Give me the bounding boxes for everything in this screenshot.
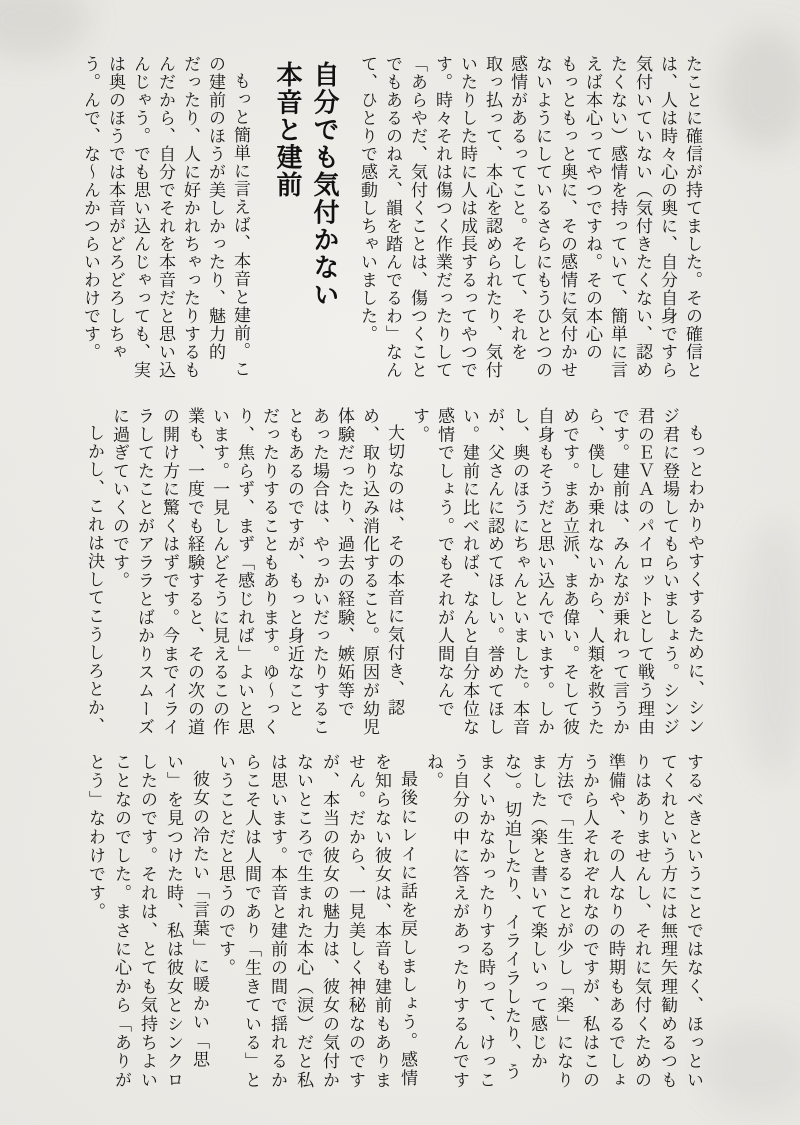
paragraph-intro: たことに確信が持てました。その確信とは、人は時々心の奥に、自分自身ですら気付いて… xyxy=(354,55,704,379)
text-block-middle: もっとわかりやすくするために、シンジ君に登場してもらいましょう。シンジ君のＥＶＡ… xyxy=(81,407,706,738)
article-heading: 自分でも気付かない本音と建前 xyxy=(268,61,342,379)
paragraph-surubeki: するべきということではなく、ほっといてくれという方には無理矢理勧めるつもりはあり… xyxy=(420,753,706,1092)
scan-artifact xyxy=(700,1020,800,1110)
heading-line-1: 自分でも気付かない xyxy=(309,61,339,309)
scanned-page: たことに確信が持てました。その確信とは、人は時々心の奥に、自分自身ですら気付いて… xyxy=(0,0,800,1125)
paragraph-shikashi: しかし、これは決してこうしろとか、 xyxy=(81,407,106,738)
paragraph-taisetsu: 大切なのは、その本音に気付き、認め、取り込み消化すること。原因が幼児体験だったり… xyxy=(106,407,406,738)
paragraph-arigatou: 彼女の冷たい「言葉」に暖かい「思い」を見つけた時、私は彼女とシンクロしたのです。… xyxy=(82,753,212,1092)
scan-artifact xyxy=(720,30,800,150)
paragraph-shinji-example: もっとわかりやすくするために、シンジ君に登場してもらいましょう。シンジ君のＥＶＡ… xyxy=(406,407,706,738)
heading-line-2: 本音と建前 xyxy=(272,61,302,199)
scan-artifact xyxy=(0,0,90,60)
paragraph-honne-tatemae: もっと簡単に言えば、本音と建前。この建前のほうが美しかったり、魅力的だったり、人… xyxy=(77,55,252,379)
paragraph-rei: 最後にレイに話を戻しましょう。感情を知らない彼女は、本音も建前もありません。だか… xyxy=(212,753,420,1092)
text-block-top: たことに確信が持てました。その確信とは、人は時々心の奥に、自分自身ですら気付いて… xyxy=(77,55,704,379)
scan-artifact xyxy=(740,520,800,780)
text-block-bottom: するべきということではなく、ほっといてくれという方には無理矢理勧めるつもりはあり… xyxy=(82,753,706,1092)
